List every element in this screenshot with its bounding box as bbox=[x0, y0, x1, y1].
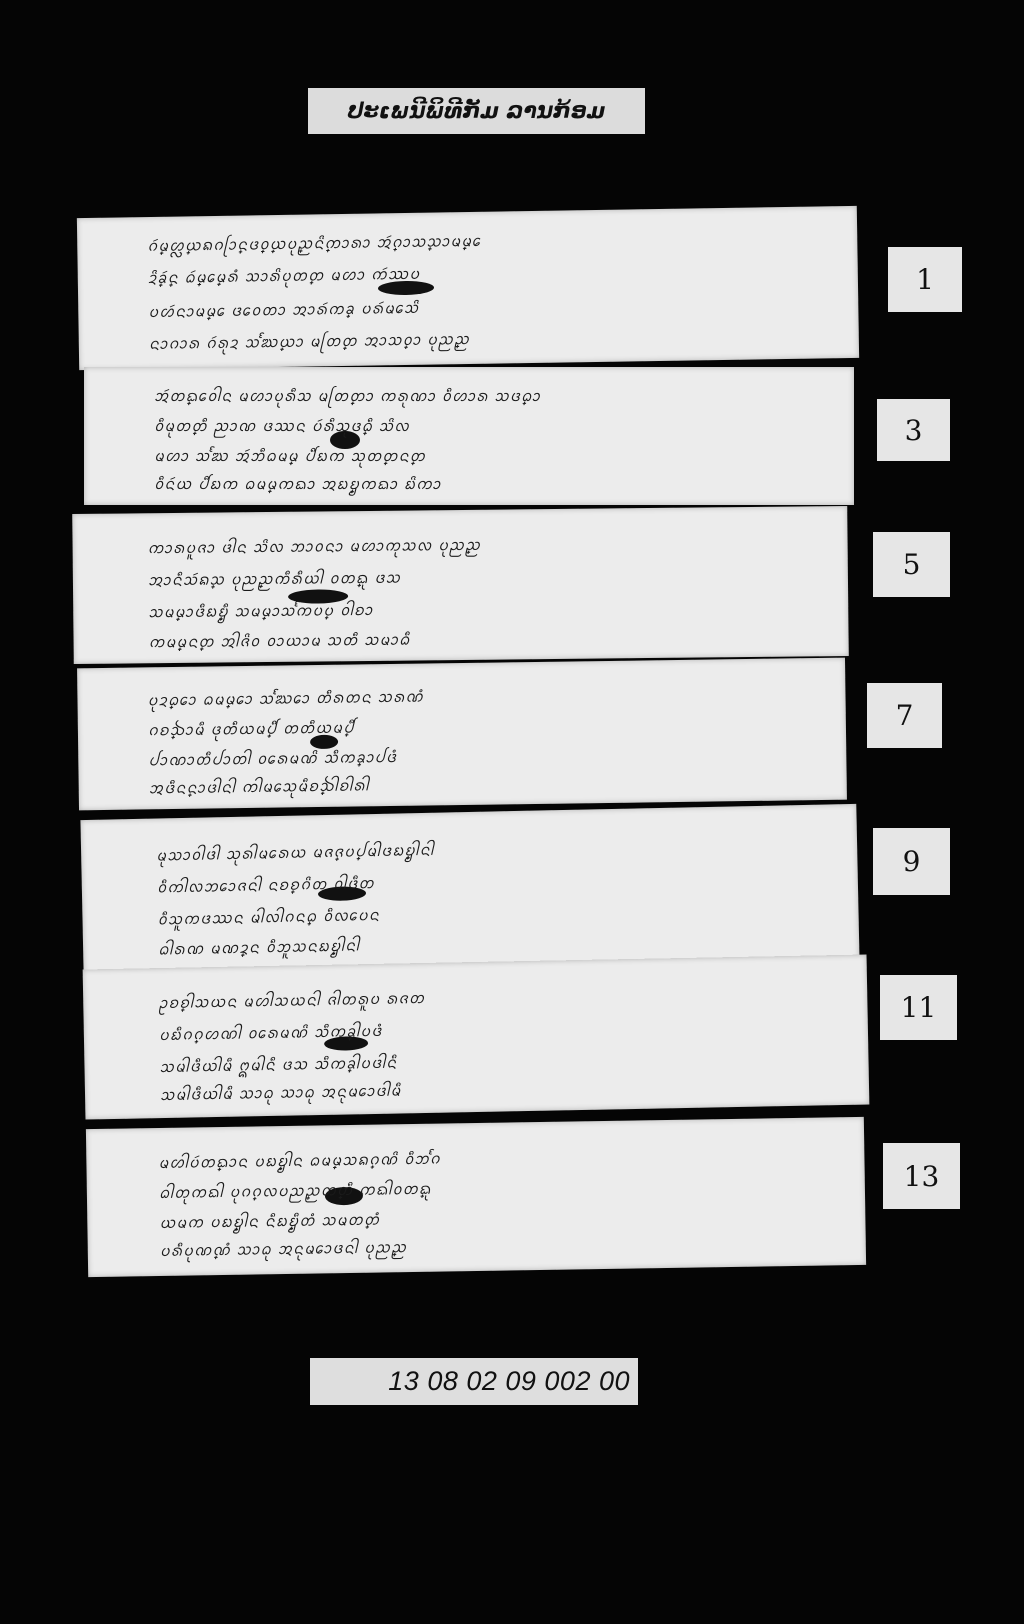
manuscript-leaf-7: ᨷᩩᨯ᩠ᨵᩮᩣ ᨵᨾ᩠ᨾᩮᩣ ᩈᩘᨥᩮᩣ ᨲᩥᩁᨲᨶ ᩈᩁᨱᩴ ᨣᨧ᩠ᨨᩣᨾᩥ … bbox=[77, 658, 847, 811]
leaf-number: 11 bbox=[901, 991, 937, 1024]
script-line: ᨠᩣᩁᨷᩪᨩᩣ ᨴᩤᨶ ᩈᩦᩃ ᨽᩣᩅᨶᩣ ᨾᩉᩣᨠᩩᩈᩃ ᨷᩩᨬ᩠ᨬ bbox=[147, 530, 797, 561]
script-line: ᨾᩉᩣ ᩈᩘᨥ ᩋᩢᨽᩥᨵᨾ᩠ᨾ ᨸᩥᨭᨠ ᩈᩩᨲ᩠ᨲᨶ᩠ᨲ bbox=[154, 445, 814, 469]
script-line: ᨷᨭᩥᨣ᩠ᨣᩉᨱᩤ ᩅᩮᩁᨾᨱᩦ ᩈᩥᨠ᩠ᨡᩤᨷᨴᩴ bbox=[159, 1011, 829, 1048]
manuscript-leaf-3: ᩋᩢᨲ᩠ᨳᩮᩅᩤᨶ ᨾᩉᩣᨷᩩᩁᩥᩈ ᨾᩕᨲ᩠ᨲᩣ ᨠᩁᩩᨱᩣ ᩅᩥᩉᩣᩁ ᩈᨴ… bbox=[84, 367, 854, 505]
script-line: ᨯᩦ᩠ᨡᩢ᩠ᨶ ᨵᩢ᩠ᨾᩮ᩠ᨾᩁᩴ ᩈᩣᩁᩦᨷᩩᨲ᩠ᨲ ᨾᩉᩣ ᨠᩢᩔᨷ bbox=[148, 256, 838, 291]
script-line: ᨣᨧ᩠ᨨᩣᨾᩥ ᨴᩩᨲᩥᨿᨾ᩠ᨸᩥ ᨲᨲᩥᨿᨾ᩠ᨸᩥ bbox=[148, 710, 808, 743]
script-line: ᨸᩣᨱᩣᨲᩥᨸᩣᨲᩤ ᩅᩮᩁᨾᨱᩦ ᩈᩥᨠ᩠ᨡᩣᨸᨴᩴ bbox=[148, 740, 808, 773]
leaf-number-label: 9 bbox=[873, 828, 950, 895]
script-line: ᨾᩩᩈᩣᩅᩤᨴᩤ ᩈᩩᩁᩤᨾᩮᩁᨿ ᨾᨩ᩠ᨩᨷ᩠ᨸᨾᩤᨴᨭ᩠ᨮᩤᨶᩤ bbox=[156, 831, 816, 869]
manuscript-leaf-1: ᨣᩢ᩠ᨾᩉᩖ᩠ᨿᨦᨣᩕᩣ᩠ᨶᨴ᩠ᩅ᩠ᨿᨷᩩ᩠ᨬᨶᩦ᩠ᨠᩣᩁᩣ ᩋᩢ᩠ᨣᩣᩈ᩠ᩈᩣ… bbox=[77, 206, 859, 370]
leaf-number-label: 1 bbox=[888, 247, 962, 312]
script-line: ᩋᩢᨲ᩠ᨳᩮᩅᩤᨶ ᨾᩉᩣᨷᩩᩁᩥᩈ ᨾᩕᨲ᩠ᨲᩣ ᨠᩁᩩᨱᩣ ᩅᩥᩉᩣᩁ ᩈᨴ… bbox=[154, 385, 814, 409]
script-line: ᨵᩤᨲᩩᨠᨳᩤ ᨷᩩᨣ᩠ᨣᩃᨷᨬ᩠ᨬᨲ᩠ᨲᩥ ᨠᨳᩤᩅᨲ᩠ᨳᩩ bbox=[159, 1172, 819, 1206]
leaf-number-label: 5 bbox=[873, 532, 950, 597]
script-line: ᨷᩩᨯ᩠ᨵᩮᩣ ᨵᨾ᩠ᨾᩮᩣ ᩈᩘᨥᩮᩣ ᨲᩥᩁᨲᨶ ᩈᩁᨱᩴ bbox=[147, 680, 807, 713]
script-line: ᩅᩥᨶᩢᨿ ᨸᩥᨭᨠ ᨵᨾ᩠ᨾᨠᨳᩣ ᩋᨭ᩠ᨮᨠᨳᩣ ᨭᩦᨠᩣ bbox=[154, 473, 814, 497]
script-line: ᩈᨾ᩠ᨾᩣᨴᩥᨭ᩠ᨮᩥ ᩈᨾ᩠ᨾᩣᩈᩘᨠᨷ᩠ᨷ ᩅᩤᨧᩣ bbox=[148, 594, 798, 625]
script-line: ᨾᩉᩤᨷᩢᨲ᩠ᨳᩣᨶ ᨷᨭ᩠ᨮᩤᨶ ᨵᨾ᩠ᨾᩈᨦ᩠ᨣᨱᩦ ᩅᩥᨽᩘᨣ bbox=[158, 1142, 818, 1176]
leaf-number-label: 11 bbox=[880, 975, 957, 1040]
manuscript-leaf-9: ᨾᩩᩈᩣᩅᩤᨴᩤ ᩈᩩᩁᩤᨾᩮᩁᨿ ᨾᨩ᩠ᨩᨷ᩠ᨸᨾᩤᨴᨭ᩠ᨮᩤᨶᩤ ᩅᩥᨠᩤᩃ… bbox=[80, 804, 859, 978]
document-id-text: 13 08 02 09 002 00 bbox=[388, 1366, 630, 1397]
leaf-number-label: 13 bbox=[883, 1143, 960, 1209]
script-line: ᨷᩁᩥᨷᩩᨱ᩠ᨱᩴ ᩈᩣᨵᩩ ᩋᨶᩩᨾᩮᩣᨴᨶᩤ ᨷᩩᨬ᩠ᨬ bbox=[160, 1230, 820, 1264]
manuscript-leaf-13: ᨾᩉᩤᨷᩢᨲ᩠ᨳᩣᨶ ᨷᨭ᩠ᨮᩤᨶ ᨵᨾ᩠ᨾᩈᨦ᩠ᨣᨱᩦ ᩅᩥᨽᩘᨣ ᨵᩤᨲᩩᨠ… bbox=[86, 1117, 866, 1277]
collection-title-label: ປະເພນີພິທີກັມ ລານກ້ອມ bbox=[308, 88, 645, 134]
leaf-number: 1 bbox=[916, 263, 934, 296]
script-line: ᩋᩣᨶᩥᩈᩢᨦ᩠ᩈ ᨷᩩᨬ᩠ᨬᨠᩥᩁᩥᨿᩤ ᩅᨲ᩠ᨳᩩ ᨴᩈ bbox=[148, 562, 798, 593]
leaf-number: 3 bbox=[905, 414, 923, 447]
collection-title-text: ປະເພນີພິທີກັມ ລານກ້ອມ bbox=[348, 99, 605, 124]
script-line: ᩅᩥᨾᩩᨲ᩠ᨲᩥ ᨬᩣᨱ ᨴᩔᨶ ᨷᩢᩁᩥᩈᩩᨴ᩠ᨵᩥ ᩈᩦᩃ bbox=[154, 415, 814, 439]
script-line: ᨶᩣᨣᩣᩁ ᨣᩢᩁᩩᨯ ᩈᩘᨥ᩠ᨿᩣ ᨾᩕᨲ᩠ᨲ ᩋᩣᩈ᩠ᩅᩣ ᨷᩩᨬ᩠ᨬ bbox=[149, 322, 839, 357]
manuscript-leaf-11: ᩏᨧ᩠ᨧᩤᩈᨿᨶ ᨾᩉᩤᩈᨿᨶᩤ ᨩᩤᨲᩁᩪᨷ ᩁᨩᨲ ᨷᨭᩥᨣ᩠ᨣᩉᨱᩤ ᩅᩮ… bbox=[83, 954, 870, 1119]
leaf-number: 9 bbox=[903, 845, 921, 878]
script-line: ᨣᩢ᩠ᨾᩉᩖ᩠ᨿᨦᨣᩕᩣ᩠ᨶᨴ᩠ᩅ᩠ᨿᨷᩩ᩠ᨬᨶᩦ᩠ᨠᩣᩁᩣ ᩋᩢ᩠ᨣᩣᩈ᩠ᩈᩣ… bbox=[147, 224, 837, 259]
script-line: ᩏᨧ᩠ᨧᩤᩈᨿᨶ ᨾᩉᩤᩈᨿᨶᩤ ᨩᩤᨲᩁᩪᨷ ᩁᨩᨲ bbox=[158, 979, 828, 1016]
script-line: ᨷᩉᩢᨶᩣᨾ᩠ᨾᩮ ᨴᩮᩅᨲᩣ ᩋᩣᩁᩢᨠ᩠ᨡ ᨷᩁᩢᨾᩮᩈᩦ bbox=[148, 290, 838, 325]
script-line: ᩅᩥᨠᩤᩃᨽᩮᩣᨩᨶᩤ ᨶᨧ᩠ᨧᨣᩦᨲ ᩅᩤᨴᩥᨲ bbox=[157, 863, 817, 901]
leaf-number: 7 bbox=[896, 699, 914, 732]
manuscript-leaf-5: ᨠᩣᩁᨷᩪᨩᩣ ᨴᩤᨶ ᩈᩦᩃ ᨽᩣᩅᨶᩣ ᨾᩉᩣᨠᩩᩈᩃ ᨷᩩᨬ᩠ᨬ ᩋᩣᨶᩥ… bbox=[72, 506, 849, 664]
leaf-number: 13 bbox=[904, 1160, 940, 1193]
leaf-number: 5 bbox=[903, 548, 921, 581]
script-line: ᨠᨾ᩠ᨾᨶ᩠ᨲ ᩋᩤᨩᩦᩅ ᩅᩣᨿᩣᨾ ᩈᨲᩥ ᩈᨾᩣᨵᩥ bbox=[148, 624, 798, 655]
document-id-label: 13 08 02 09 002 00 bbox=[310, 1358, 638, 1405]
leaf-number-label: 3 bbox=[877, 399, 950, 461]
leaf-number-label: 7 bbox=[867, 683, 942, 748]
script-line: ᩋᨴᩥᨶ᩠ᨶᩣᨴᩤᨶᩤ ᨠᩤᨾᩮᩈᩩᨾᩥᨧ᩠ᨨᩤᨧᩤᩁᩤ bbox=[149, 768, 809, 801]
